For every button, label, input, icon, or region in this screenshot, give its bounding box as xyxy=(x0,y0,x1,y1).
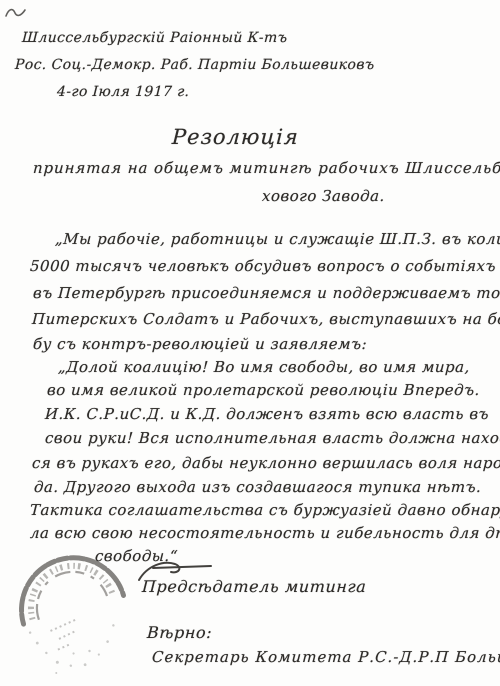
body-line: 5000 тысячъ человѣкъ обсудивъ вопросъ о … xyxy=(30,257,500,275)
body-line: бу съ контръ-революціей и заявляемъ: xyxy=(33,335,368,353)
body-line: И.К. С.Р.иС.Д. и К.Д. долженъ взять всю … xyxy=(45,405,490,423)
body-line: да. Другого выхода изъ создавшагося тупи… xyxy=(34,478,482,496)
secretary-signature-line: Секретарь Комитета Р.С.-Д.Р.П Большевико… xyxy=(152,648,500,666)
body-line: ся въ рукахъ его, дабы неуклонно вершила… xyxy=(32,454,500,472)
body-line: Питерскихъ Солдатъ и Рабочихъ, выступавш… xyxy=(32,310,500,328)
body-line: „Долой коалицію! Во имя свободы, во имя … xyxy=(58,358,471,376)
scanned-document-page: Шлиссельбургскій Раіонный К-тъ Рос. Соц.… xyxy=(0,0,500,686)
body-line: въ Петербургѣ присоединяемся и поддержив… xyxy=(33,284,500,302)
body-line: свои руки! Вся исполнительная власть дол… xyxy=(45,429,500,447)
body-line: Тактика соглашательства съ буржуазіей да… xyxy=(30,501,500,519)
chairman-signature-line: Предсѣдатель митинга xyxy=(142,577,367,596)
document-subtitle-line: хового Завода. xyxy=(262,187,386,205)
corner-mark xyxy=(4,4,28,22)
letterhead-line-party: Рос. Соц.-Демокр. Раб. Партіи Большевико… xyxy=(15,57,375,73)
document-title: Резолюція xyxy=(171,125,299,149)
body-line: „Мы рабочіе, работницы и служащіе Ш.П.З.… xyxy=(55,230,500,248)
certified-label: Вѣрно: xyxy=(147,623,213,642)
body-line: во имя великой пролетарской революціи Вп… xyxy=(47,381,481,399)
document-subtitle-line: принятая на общемъ митингѣ рабочихъ Шлис… xyxy=(33,159,500,177)
document-date: 4-го Іюля 1917 г. xyxy=(57,84,190,100)
letterhead-line-committee: Шлиссельбургскій Раіонный К-тъ xyxy=(22,30,288,46)
